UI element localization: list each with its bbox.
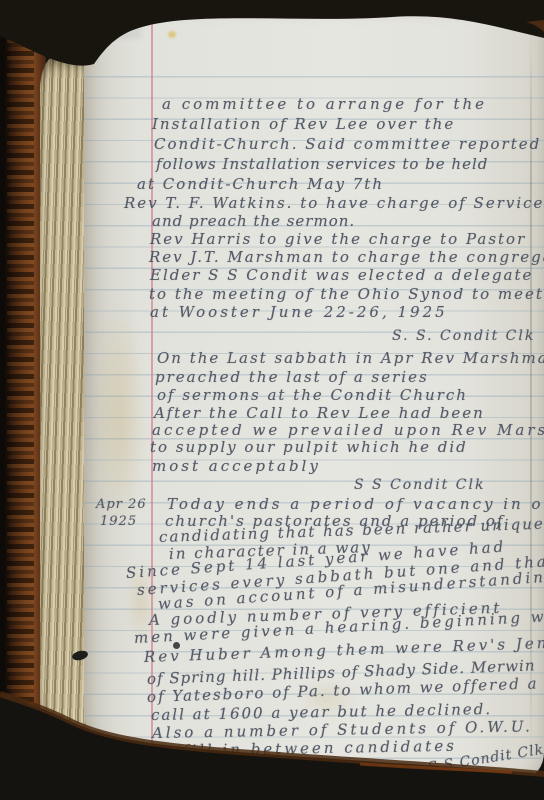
handwriting-line: Installation of Rev Lee over the xyxy=(152,115,455,133)
handwriting-line: Rev J.T. Marshman to charge the congrega… xyxy=(149,248,544,266)
clerk-signature: S S Condit Clk xyxy=(354,477,485,493)
handwriting-line: Today ends a period of vacancy in our xyxy=(167,495,544,513)
handwriting-line: and preach the sermon. xyxy=(152,212,355,230)
handwriting-line: preached the last of a series xyxy=(155,368,429,386)
handwriting-line: a committee to arrange for the xyxy=(162,95,487,113)
clerk-signature: S. S. Condit Clk xyxy=(392,328,535,344)
handwriting-line: of sermons at the Condit Church xyxy=(157,386,468,404)
handwriting-line: accepted we prevailed upon Rev Marshman xyxy=(152,421,544,439)
handwriting-line: to fill in between candidates xyxy=(154,737,457,760)
margin-date: Apr 26 xyxy=(96,497,147,512)
margin-date: 1925 xyxy=(100,514,137,529)
handwriting-line: most acceptably xyxy=(152,457,321,475)
handwriting-line: After the Call to Rev Lee had been xyxy=(154,404,485,422)
handwriting-line: Condit-Church. Said committee reported a… xyxy=(154,135,544,153)
handwriting-line: Rev Harris to give the charge to Pastor xyxy=(150,230,526,248)
handwriting-line: follows Installation services to be held xyxy=(156,155,488,173)
handwriting-line: at Wooster June 22-26, 1925 xyxy=(150,303,448,321)
handwriting-line: On the Last sabbath in Apr Rev Marshman xyxy=(157,349,544,367)
scanned-ledger-photo: a committee to arrange for the Installat… xyxy=(0,0,544,800)
handwriting-line: to supply our pulpit which he did xyxy=(150,438,468,456)
handwriting-line: Elder S S Condit was elected a delegate xyxy=(150,266,533,284)
handwriting-line: to the meeting of the Ohio Synod to meet xyxy=(149,285,544,303)
handwriting-line: at Condit-Church May 7th xyxy=(137,175,384,193)
handwriting-layer: a committee to arrange for the Installat… xyxy=(0,0,544,800)
handwriting-line: Rev T. F. Watkins. to have charge of Ser… xyxy=(124,194,544,212)
